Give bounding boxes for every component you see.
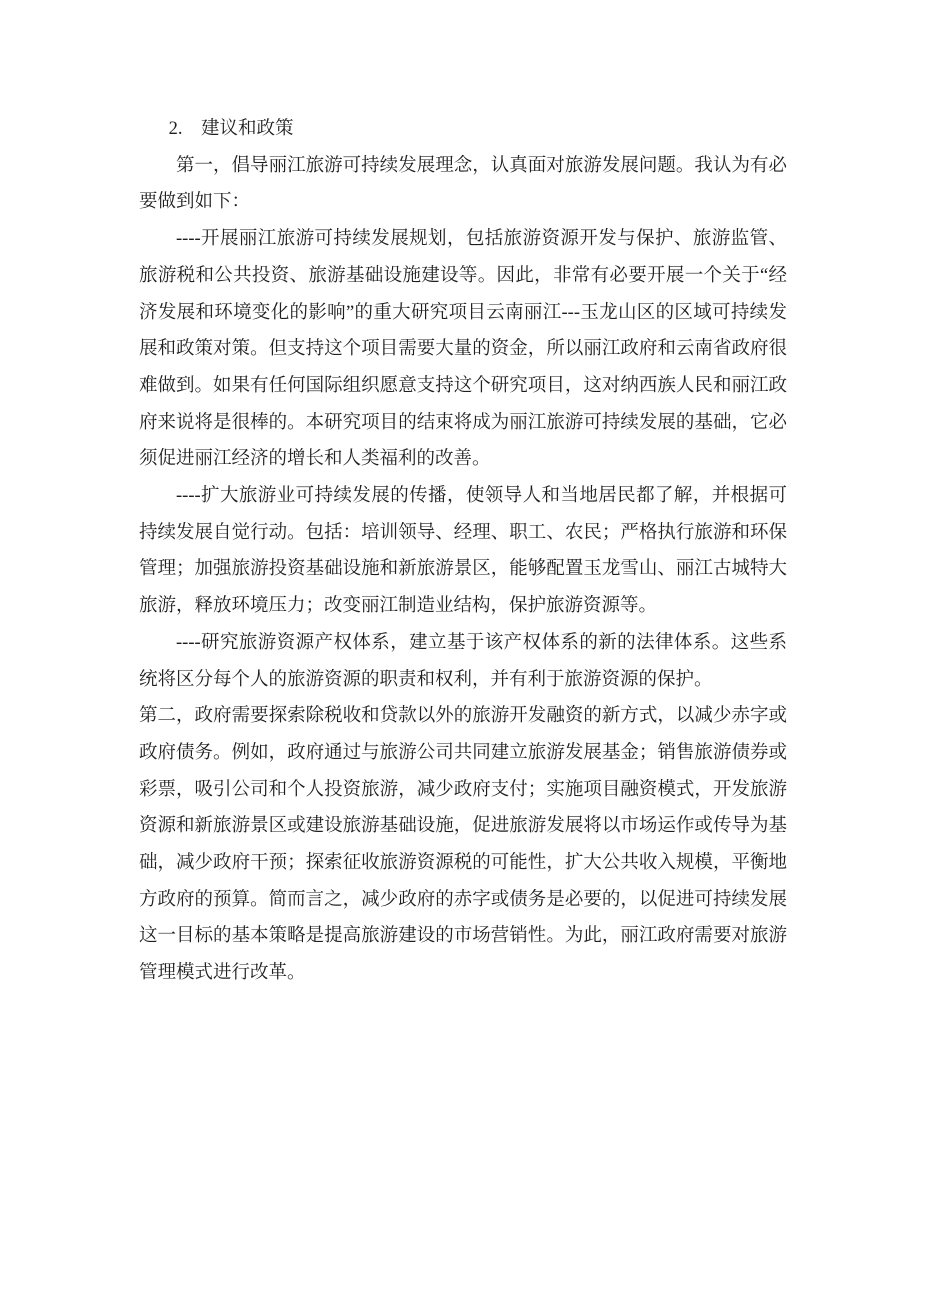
paragraph-planning-measure: ----开展丽江旅游可持续发展规划，包括旅游资源开发与保护、旅游监管、旅游税和公…	[139, 221, 787, 478]
paragraph-promotion-measure: ----扩大旅游业可持续发展的传播，使领导人和当地居民都了解，并根据可持续发展自…	[139, 478, 787, 625]
paragraph-point-two-financing: 第二，政府需要探索除税收和贷款以外的旅游开发融资的新方式，以减少赤字或政府债务。…	[139, 698, 787, 992]
paragraph-property-rights-measure: ----研究旅游资源产权体系，建立基于该产权体系的新的法律体系。这些系统将区分每…	[139, 625, 787, 698]
section-heading: 2. 建议和政策	[139, 111, 787, 148]
document-page: 2. 建议和政策 第一，倡导丽江旅游可持续发展理念，认真面对旅游发展问题。我认为…	[0, 0, 925, 1309]
paragraph-point-one-intro: 第一，倡导丽江旅游可持续发展理念，认真面对旅游发展问题。我认为有必要做到如下：	[139, 148, 787, 221]
